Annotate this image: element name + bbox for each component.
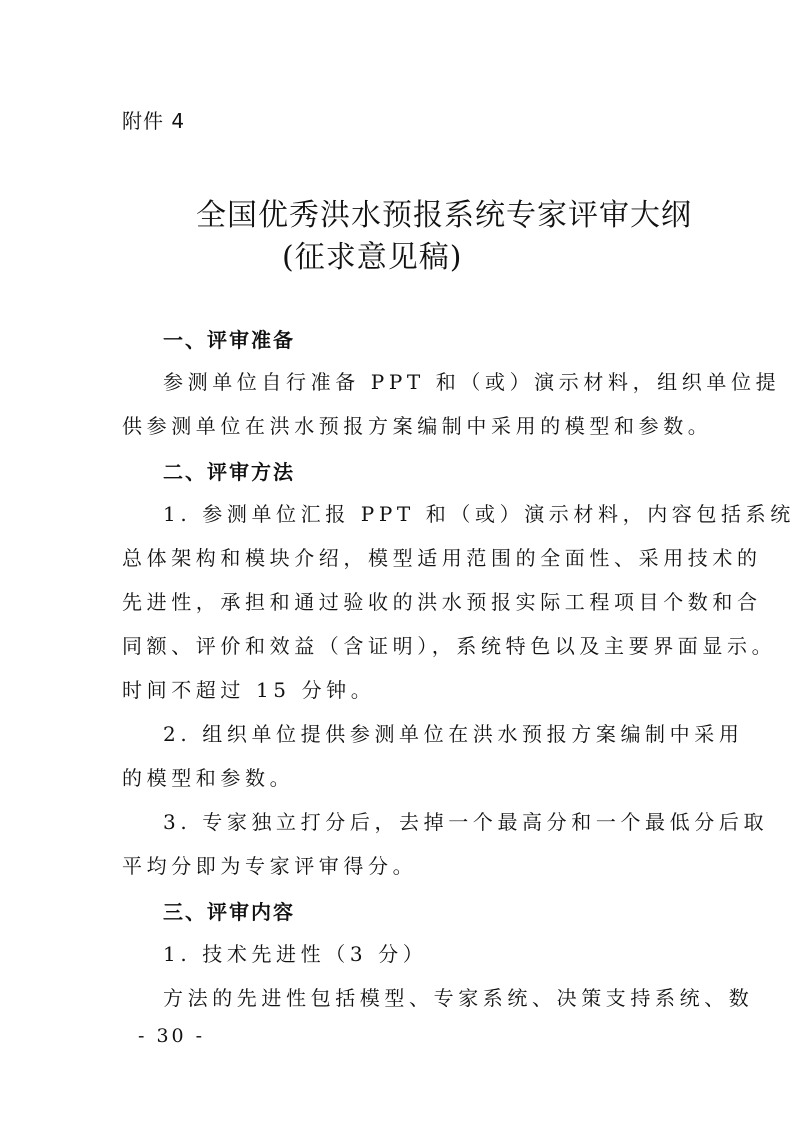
- paragraph-line: 先进性，承担和通过验收的洪水预报实际工程项目个数和合: [122, 588, 762, 616]
- paragraph-line: 的模型和参数。: [122, 764, 294, 792]
- section-heading-method: 二、评审方法: [163, 456, 295, 485]
- attachment-label: 附件 4: [122, 105, 185, 134]
- paragraph-line: 总体架构和模块介绍，模型适用范围的全面性、采用技术的: [122, 544, 762, 572]
- paragraph-line: 平均分即为专家评审得分。: [122, 852, 417, 880]
- paragraph-line: 3. 专家独立打分后，去掉一个最高分和一个最低分后取: [163, 808, 768, 836]
- paragraph-line: 时间不超过 15 分钟。: [122, 676, 375, 704]
- paragraph-line: 1. 技术先进性（3 分）: [163, 940, 427, 968]
- section-heading-preparation: 一、评审准备: [163, 324, 295, 353]
- document-page: 附件 4 全国优秀洪水预报系统专家评审大纲 (征求意见稿) 一、评审准备 参测单…: [0, 0, 800, 1131]
- paragraph-line: 参测单位自行准备 PPT 和（或）演示材料，组织单位提: [163, 368, 780, 396]
- paragraph-line: 同额、评价和效益（含证明），系统特色以及主要界面显示。: [122, 632, 776, 660]
- paragraph-line: 供参测单位在洪水预报方案编制中采用的模型和参数。: [122, 412, 712, 440]
- document-subtitle: (征求意见稿): [282, 232, 462, 276]
- page-number: - 30 -: [138, 1025, 205, 1047]
- paragraph-line: 1. 参测单位汇报 PPT 和（或）演示材料，内容包括系统: [163, 500, 795, 528]
- paragraph-line: 方法的先进性包括模型、专家系统、决策支持系统、数: [163, 984, 753, 1012]
- paragraph-line: 2. 组织单位提供参测单位在洪水预报方案编制中采用: [163, 720, 743, 748]
- document-title: 全国优秀洪水预报系统专家评审大纲: [196, 190, 692, 234]
- section-heading-content: 三、评审内容: [163, 896, 295, 925]
